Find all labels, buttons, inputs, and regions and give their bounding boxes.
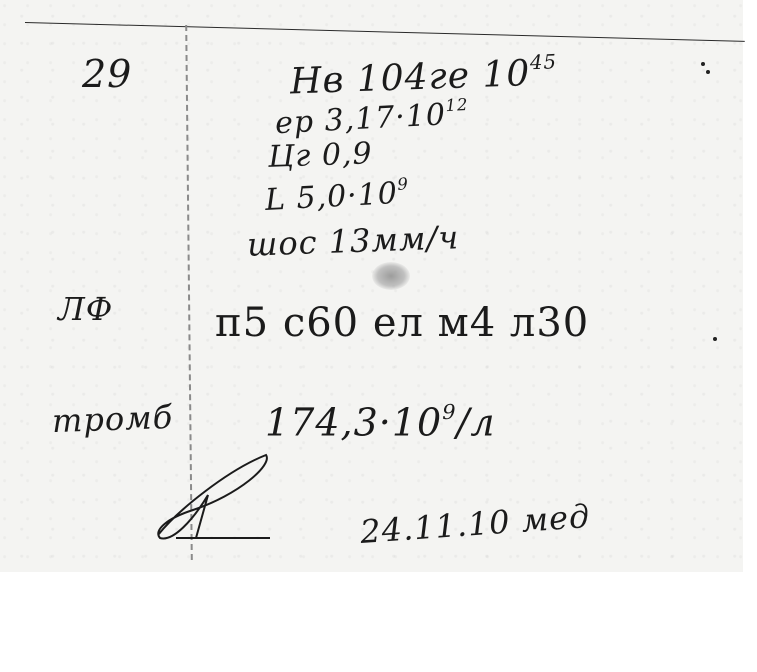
speck [706, 70, 710, 74]
margin-number: 29 [82, 52, 132, 96]
leukocyte-formula-label: ЛФ [58, 290, 113, 328]
signature-mark [148, 450, 273, 545]
platelets-label: тромб [51, 398, 173, 440]
ink-smudge [372, 262, 410, 290]
platelets-value: 174,3·109/л [265, 400, 496, 445]
speck [713, 337, 717, 341]
leukocytes-line: L 5,0·109 [264, 174, 410, 218]
leukocyte-formula-values: п5 с60 ел м4 л30 [215, 300, 589, 346]
scanned-paper: 29 Нв 104ге 1045 ер 3,17·1012 Цг 0,9 L 5… [0, 0, 743, 572]
esr-line: шос 13мм/ч [246, 218, 459, 263]
top-rule-line [25, 22, 745, 42]
date-signature-line: 24.11.10 мед [359, 497, 592, 551]
speck [701, 62, 705, 66]
color-index-line: Цг 0,9 [267, 136, 373, 175]
hemoglobin-line: Нв 104ге 1045 [289, 50, 558, 102]
